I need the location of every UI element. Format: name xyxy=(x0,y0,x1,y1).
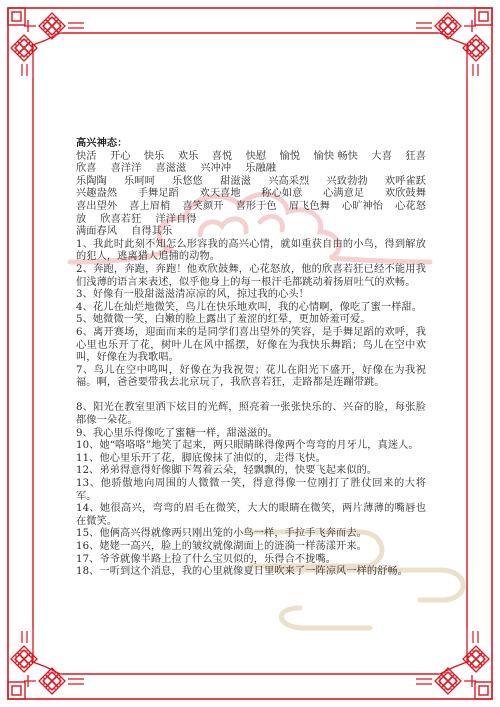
vocab-word: 快慰 xyxy=(246,151,267,164)
vocab-word: 快活 xyxy=(76,151,97,164)
vocab-word: 喜笑颜开 xyxy=(182,201,223,214)
blank-line xyxy=(76,390,426,403)
vocab-word: 欢欣鼓舞 xyxy=(385,188,426,201)
word-row: 兴趣盎然 手舞足蹈 欢天喜地 称心如意 心满意足 欢欣鼓舞 xyxy=(76,188,426,201)
section-title: 高兴神态： xyxy=(76,137,426,150)
vocab-word: 开心 xyxy=(110,151,131,164)
vocab-word: 喜形于色 xyxy=(236,201,277,214)
example-sentence: 14、她很高兴，弯弯的眉毛在微笑，大大的眼睛在微笑，两片薄薄的嘴唇也在微笑。 xyxy=(76,503,426,528)
vocab-word: 称心如意 xyxy=(261,188,302,201)
word-row: 乐陶陶 乐呵呵 乐悠悠 甜滋滋 兴高采烈 兴致勃勃 欢呼雀跃 xyxy=(76,176,426,189)
vocab-word: 欢乐 xyxy=(178,151,199,164)
word-row: 快活 开心 快乐 欢乐 喜悦 快慰 愉悦 愉快 畅快 大喜 狂喜 xyxy=(76,151,426,164)
document-page: 高兴神态： 快活 开心 快乐 欢乐 喜悦 快慰 愉悦 愉快 畅快 大喜 狂喜 欣… xyxy=(0,0,500,707)
example-sentence: 1、我此时此刻不知怎么形容我的高兴心情，就如重获自由的小鸟，得到解放的犯人，逃离… xyxy=(76,239,426,264)
example-sentence: 17、爷爷就像半路上捡了什么宝贝似的，乐得合不拢嘴。 xyxy=(76,554,426,567)
vocab-word: 洋洋自得 xyxy=(155,214,196,227)
vocab-word: 兴趣盎然 xyxy=(76,188,117,201)
example-sentence: 4、花儿在灿烂地微笑，鸟儿在快乐地欢叫，我的心情啊，像吃了蜜一样甜。 xyxy=(76,302,426,315)
example-sentence: 3、好像有一股甜滋滋清凉凉的风，掠过我的心头！ xyxy=(76,289,426,302)
vocab-word: 眉飞色舞 xyxy=(289,201,330,214)
vocab-word: 喜悦 xyxy=(212,151,233,164)
vocab-word: 兴高采烈 xyxy=(268,176,309,189)
example-sentence: 8、阳光在教室里洒下炫目的光辉，照亮着一张张快乐的、兴奋的脸，每张脸都像一朵花。 xyxy=(76,402,426,427)
example-sentence: 16、姥姥一高兴，脸上的皱纹就像湖面上的涟漪一样荡漾开来。 xyxy=(76,541,426,554)
vocab-word: 欢天喜地 xyxy=(200,188,241,201)
example-sentence: 10、她“咯咯咯”地笑了起来，两只眼睛眯得像两个弯弯的月牙儿，真迷人。 xyxy=(76,440,426,453)
vocab-word: 欢呼雀跃 xyxy=(385,176,426,189)
example-sentence: 7、鸟儿在空中鸣叫，好像在为我祝贺；花儿在阳光下盛开，好像在为我祝福。啊，爸爸要… xyxy=(76,365,426,390)
vocab-word: 乐呵呵 xyxy=(124,176,155,189)
vocab-word: 心花怒 xyxy=(395,201,426,214)
vocab-word: 满面春风 xyxy=(76,226,117,239)
vocab-word: 大喜 xyxy=(371,151,392,164)
vocab-word: 欣喜若狂 xyxy=(100,214,141,227)
word-row: 放 欣喜若狂 洋洋自得 xyxy=(76,214,426,227)
vocab-word: 放 xyxy=(76,214,86,227)
example-sentence: 2、奔跑，奔跑，奔跑！他欢欣鼓舞，心花怒放，他的欣喜若狂已经不能用我们浅薄的语言… xyxy=(76,264,426,289)
word-row: 满面春风 自得其乐 xyxy=(76,226,426,239)
vocab-word: 狂喜 xyxy=(405,151,426,164)
example-sentence: 9、我心里乐得像吃了蜜糖一样，甜滋滋的。 xyxy=(76,428,426,441)
vocab-word: 愉悦 xyxy=(280,151,301,164)
vocab-word: 乐悠悠 xyxy=(172,176,203,189)
vocab-word: 愉快 畅快 xyxy=(314,151,359,164)
example-sentence: 5、她微微一笑，白嫩的脸上露出了羞涩的红晕，更加娇羞可爱。 xyxy=(76,314,426,327)
vocab-word: 乐融融 xyxy=(245,163,276,176)
vocab-word: 自得其乐 xyxy=(131,226,172,239)
example-sentence: 15、他俩高兴得就像两只刚出笼的小鸟一样，手拉手飞奔而去。 xyxy=(76,528,426,541)
vocab-word: 喜上眉梢 xyxy=(129,201,170,214)
vocab-word: 喜出望外 xyxy=(76,201,117,214)
chinese-knot-corner-icon xyxy=(416,8,492,78)
chinese-knot-corner-icon xyxy=(416,629,492,699)
example-sentence: 12、弟弟得意得好像脚下驾着云朵，轻飘飘的，快要飞起来似的。 xyxy=(76,465,426,478)
example-sentence: 18、一听到这个消息，我的心里就像夏日里吹来了一阵凉风一样的舒畅。 xyxy=(76,566,426,579)
example-sentence: 11、他心里乐开了花，脚底像抹了油似的，走得飞快。 xyxy=(76,453,426,466)
vocab-word: 心旷神怡 xyxy=(342,201,383,214)
example-sentence: 6、离开赛场，迎面而来的是同学们喜出望外的笑容，是手舞足蹈的欢呼，我心里也乐开了… xyxy=(76,327,426,365)
vocab-word: 心满意足 xyxy=(323,188,364,201)
vocab-word: 喜洋洋 xyxy=(111,163,142,176)
vocab-word: 欣喜 xyxy=(76,163,97,176)
vocab-word: 手舞足蹈 xyxy=(138,188,179,201)
word-row: 欣喜 喜洋洋 喜滋滋 兴冲冲 乐融融 xyxy=(76,163,426,176)
vocab-word: 快乐 xyxy=(144,151,165,164)
chinese-knot-corner-icon xyxy=(8,629,84,699)
example-sentence: 13、他骄傲地向周围的人微微一笑，得意得像一位刚打了胜仗回来的大将军。 xyxy=(76,478,426,503)
vocab-word: 喜滋滋 xyxy=(155,163,186,176)
vocab-word: 乐陶陶 xyxy=(76,176,107,189)
word-row: 喜出望外 喜上眉梢 喜笑颜开 喜形于色 眉飞色舞 心旷神怡 心花怒 xyxy=(76,201,426,214)
vocab-word: 甜滋滋 xyxy=(220,176,251,189)
chinese-knot-corner-icon xyxy=(8,8,84,78)
vocab-word: 兴冲冲 xyxy=(200,163,231,176)
vocab-word: 兴致勃勃 xyxy=(327,176,368,189)
document-body: 高兴神态： 快活 开心 快乐 欢乐 喜悦 快慰 愉悦 愉快 畅快 大喜 狂喜 欣… xyxy=(76,137,426,579)
